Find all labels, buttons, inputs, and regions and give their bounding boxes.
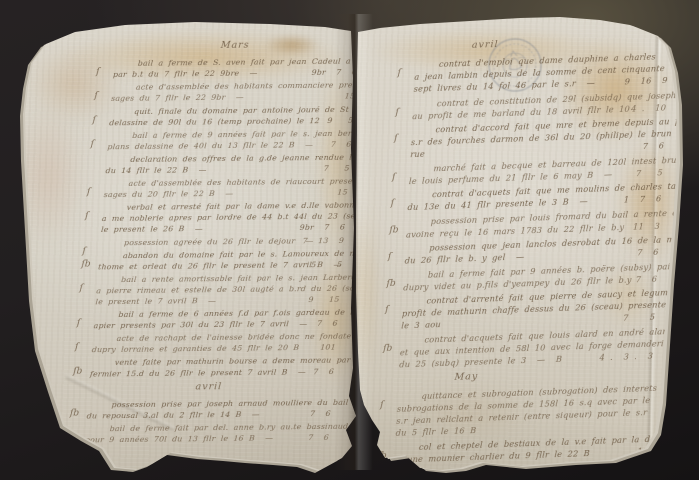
handwritten-text: sages du 7 fllr le 22 9br —: [111, 93, 244, 103]
handwritten-text: par b.t du 7 fllr le 22 9bre —: [113, 69, 258, 80]
handwritten-text: abandon du domaine fait par le s. Lamour…: [123, 248, 386, 260]
fee-amount: 7 6: [308, 432, 330, 443]
margin-mark: ſ: [85, 211, 89, 221]
handwritten-line: pour 9 années 70l du 13 fllr le 16 B —7 …: [84, 432, 325, 446]
fee-amount: 15: [337, 187, 348, 198]
register-entry: ſpossession agreée du 26 fllr le dejour …: [100, 235, 341, 249]
register-entry: ſcontrat d'accord fait que mre et breme …: [410, 115, 662, 160]
handwritten-line: possession agreée du 26 fllr le dejour —…: [100, 235, 341, 249]
fee-amount: 7 5: [323, 163, 350, 174]
margin-mark: ſ: [385, 305, 389, 315]
margin-mark: ſ: [395, 107, 399, 117]
handwritten-text: thome et orleat du 26 fllr le present le…: [98, 260, 342, 272]
margin-mark: ſb: [70, 408, 80, 418]
register-entry: ſcontrat d'arrenté fait que pierre de sa…: [401, 287, 653, 332]
register-entry: ſacte d'assemblée des habitants de riauc…: [103, 176, 345, 201]
fee-amount: 7 6: [313, 366, 335, 377]
margin-mark: ſ: [96, 67, 100, 77]
handwritten-text: acte d'assemblée des habitants de riauco…: [128, 176, 395, 188]
margin-mark: ſ: [75, 342, 79, 352]
handwritten-text: plans delassine de 40l du 13 fllr le 22 …: [107, 140, 313, 151]
right-manuscript-page: avrilſcontrat d'emploi que dame dauphine…: [350, 12, 680, 474]
section-heading: Mars: [115, 38, 356, 55]
register-entry: ſacte de rachapt de l'ainesse bridée don…: [91, 331, 333, 356]
handwritten-line: plans delassine de 40l du 13 fllr le 22 …: [107, 139, 348, 153]
margin-mark: ſb: [73, 366, 83, 376]
handwritten-text: dupry lorraine et garanties de 45 fllr l…: [91, 343, 299, 354]
register-entry: ſbail a ferme de S. aven fait par jean C…: [113, 56, 355, 81]
left-page-handwriting: Marsſbail a ferme de S. aven fait par je…: [84, 37, 355, 448]
register-entry: ſbvente faite par mathurin bourse a deme…: [90, 355, 332, 380]
handwritten-line: delassine de 90l du 16 (temp prochaine) …: [109, 115, 350, 129]
handwritten-text: le present le 7 avril B —: [95, 296, 216, 306]
section-heading: avril: [88, 379, 329, 396]
handwritten-text: du 14 fllr le 22 B —: [105, 165, 207, 175]
fee-amount: 9 15: [308, 294, 340, 305]
fee-amount: 7 13 9: [278, 235, 344, 247]
handwritten-line: dupry lorraine et garanties de 45 fllr l…: [91, 342, 332, 356]
margin-mark: ſ: [82, 246, 86, 256]
margin-mark: ſ: [90, 139, 94, 149]
register-entry: ſquit. finale du domaine par antoine jou…: [109, 104, 351, 129]
register-entry: ſbcontrat d'acquets fait que louis alard…: [399, 325, 651, 370]
handwritten-text: apier presents par 30l du 23 fllr le 7 a…: [93, 319, 307, 330]
handwritten-line: fermier 15.d du 26 fllr le present 7 avr…: [90, 366, 331, 380]
margin-mark: ſ: [92, 115, 96, 125]
register-entry: ſverbal et arresté fait par la dame v.e …: [101, 200, 344, 236]
handwritten-text: possession prise par joseph arnaud moull…: [111, 397, 386, 409]
fee-amount: 11 3: [633, 219, 660, 232]
handwritten-line: le present le 7 avril B —9 15: [95, 294, 336, 308]
register-entry: ſbail a ferme de 9 années fait par le s.…: [107, 128, 349, 153]
margin-mark: ſb: [81, 259, 91, 269]
handwritten-text: fermier 15.d du 26 fllr le present 7 avr…: [90, 367, 307, 378]
fee-amount: 7 6: [635, 272, 657, 285]
fee-amount: 7 6: [317, 318, 339, 329]
margin-mark: ſb: [386, 278, 396, 288]
handwritten-line: apier presents par 30l du 23 fllr le 7 a…: [93, 318, 334, 332]
margin-mark: ſ: [390, 199, 394, 209]
fee-amount: 9 16 9: [624, 74, 667, 88]
fee-amount: 9 5: [327, 115, 354, 126]
fee-amount: 4 . 10: [631, 101, 667, 114]
margin-mark: ſ: [94, 91, 98, 101]
handwritten-line: thome et orleat du 26 fllr le present le…: [98, 259, 339, 273]
register-entry: ſcontrat d'emploi que dame dauphine a ch…: [413, 50, 665, 95]
handwritten-line: par b.t du 7 fllr le 22 9bre —9br 7 6: [113, 67, 354, 81]
margin-mark: ſ: [397, 68, 401, 78]
handwritten-text: verbal et arresté fait par la dame v.e d…: [126, 200, 388, 212]
handwritten-line: du 14 fllr le 22 B —7 5: [105, 163, 346, 177]
handwritten-text: le 3 aou: [401, 319, 441, 330]
fee-amount: 7 6: [330, 139, 352, 150]
handwritten-text: sages du 20 fllr le 22 B —: [103, 189, 233, 199]
handwritten-text: du repousal 3.al du 2 fllr le 14 B —: [86, 410, 260, 421]
margin-mark: ſ: [380, 400, 384, 410]
handwritten-text: du 5 fllr le 16 B: [395, 425, 476, 438]
fee-amount: 7 5: [636, 166, 663, 179]
handwritten-text: delassine de 90l du 16 (temp prochaine) …: [109, 116, 320, 127]
register-entry: ſbail de ferme fait par del. anne b.ry a…: [84, 421, 326, 446]
right-page-handwriting: avrilſcontrat d'emploi que dame dauphine…: [394, 31, 666, 468]
fee-amount: 7 5: [623, 311, 656, 324]
fee-amount: 101: [320, 342, 336, 353]
register-entry: ſbabandon du domaine fait par le s. Lamo…: [98, 248, 340, 273]
fee-amount: 15: [344, 91, 355, 102]
handwritten-text: pour 9 années 70l du 13 fllr le 16 B —: [85, 433, 274, 444]
fee-amount: 9br 7 6: [311, 67, 357, 78]
register-entry: declaration des offres de la g.de jeanne…: [105, 152, 347, 177]
fee-amount: 7 6: [310, 408, 332, 419]
margin-mark: ſ: [76, 318, 80, 328]
margin-mark: ſ: [394, 134, 398, 144]
register-entry: ſbail a rente amortissable fait par le s…: [95, 272, 338, 308]
left-manuscript-page: Marsſbail a ferme de S. aven fait par je…: [20, 18, 360, 473]
register-entry: ſacte d'assemblée des habitants commanci…: [111, 80, 353, 105]
handwritten-line: sages du 7 fllr le 22 9br —15: [111, 91, 352, 105]
margin-mark: ſ: [87, 187, 91, 197]
photo-backdrop: Marsſbail a ferme de S. aven fait par je…: [0, 0, 699, 480]
register-entry: ſbpossession prise par joseph arnaud mou…: [86, 397, 328, 422]
stain: [26, 46, 122, 122]
fee-amount: 4 . 3 . 3: [599, 349, 653, 363]
margin-mark: ſ: [79, 283, 83, 293]
fee-amount: 1 7 6: [624, 192, 662, 205]
handwritten-text: du 26 fllr le b. y gel —: [404, 251, 524, 265]
handwritten-line: le present le 26 B —9br 7 6: [101, 222, 342, 236]
margin-mark: ſb: [383, 343, 393, 353]
margin-mark: ſb: [389, 225, 399, 235]
handwritten-text: le present le 26 B —: [101, 224, 204, 234]
fee-amount: 5 5: [311, 259, 343, 270]
margin-mark: ſb: [377, 451, 387, 461]
margin-mark: ſ: [392, 172, 396, 182]
handwritten-text: bail de ferme fait par del. anne b.ry au…: [109, 421, 381, 433]
handwritten-line: du repousal 3.al du 2 fllr le 14 B —7 6: [86, 408, 327, 422]
fee-amount: 7 6: [637, 245, 659, 258]
register-entry: ſquittance et subrogation (subrogation) …: [395, 382, 647, 439]
margin-mark: ſ: [388, 252, 392, 262]
fee-amount: 7 6: [642, 139, 664, 152]
fee-amount: 9br 7 6: [299, 222, 345, 233]
register-entry: ſbail a ferme de 6 années f.d par f.ois …: [93, 307, 335, 332]
handwritten-text: rue: [410, 149, 425, 160]
handwritten-line: sages du 20 fllr le 22 B —15: [103, 187, 344, 201]
